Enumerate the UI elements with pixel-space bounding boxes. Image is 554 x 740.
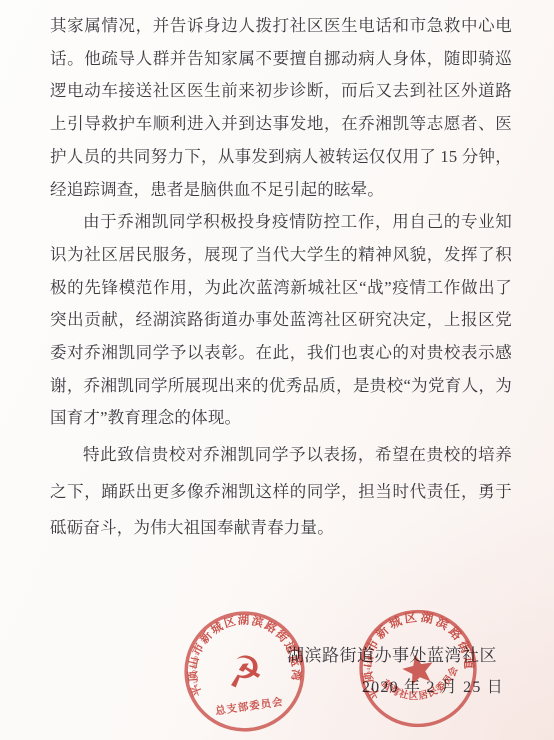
document-page: 其家属情况，并告诉身边人拨打社区医生电话和市急救中心电话。他疏导人群并告知家属不… xyxy=(0,0,554,740)
residents-committee-seal: 平顶山市新城区湖滨路街道 蓝湾社区居民委员会 4104020301 xyxy=(345,595,490,740)
seal-top-arc-text: 平顶山市新城区湖滨路街道 xyxy=(348,598,481,703)
letter-body: 其家属情况，并告诉身边人拨打社区医生电话和市急救中心电话。他疏导人群并告知家属不… xyxy=(50,10,512,547)
hammer-sickle-icon: ☭ xyxy=(223,645,267,699)
body-paragraph-3: 特此致信贵校对乔湘凯同学予以表扬，希望在贵校的培养之下，踊跃出更多像乔湘凯这样的… xyxy=(50,437,512,547)
seal-bottom-text: 总支部委员会 xyxy=(214,695,284,717)
body-paragraph-2: 由于乔湘凯同学积极投身疫情防控工作，用自己的专业知识为社区居民服务，展现了当代大… xyxy=(50,206,512,435)
party-committee-seal: 中共平顶山市新城区湖滨路街道蓝湾社区 4104020301 ☭ 总支部委员会 xyxy=(174,601,315,740)
body-paragraph-1: 其家属情况，并告诉身边人拨打社区医生电话和市急救中心电话。他疏导人群并告知家属不… xyxy=(50,10,512,206)
star-icon xyxy=(400,651,436,686)
